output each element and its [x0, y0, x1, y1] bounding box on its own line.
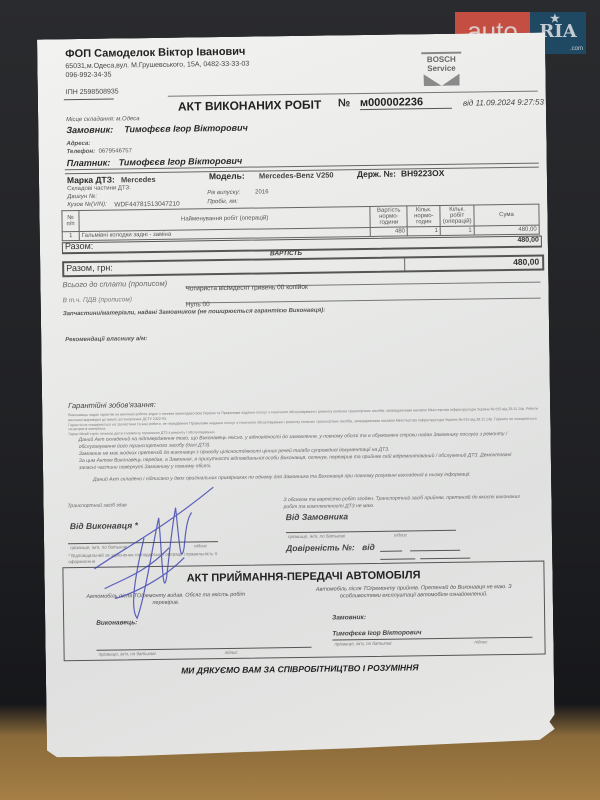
executor-signature: [83, 477, 225, 629]
act-date: від 11.09.2024 9:27:53: [463, 98, 544, 108]
recommendations-label: Рекомендації власнику а/м:: [65, 336, 147, 343]
place-of-issue: Місце складання: м.Одеса: [66, 116, 140, 123]
col-hours: Кільк. нормо-годин: [407, 205, 440, 226]
parts-by-customer: Запчастини/матеріали, надані Замовником …: [63, 308, 326, 318]
company-address: 65031,м.Одеса,вул. М.Грушевського, 15А, …: [65, 61, 249, 71]
handover-customer-sign-caption: підпис: [474, 639, 487, 644]
company-name: ФОП Самоделок Віктор Іванович: [65, 46, 245, 61]
poa-field-4: [420, 558, 470, 560]
logo-line2: Service: [421, 64, 461, 74]
handover-executor-sign-caption: підпис: [225, 650, 238, 655]
customer-name-caption: прізвище, ім'я, по батькові: [288, 533, 345, 539]
in-words-label: Всього до сплати (прописом): [62, 279, 167, 289]
handover-customer-name: Тимофєєв Ігор Вікторович: [332, 629, 421, 637]
row-qty: 1: [440, 226, 474, 235]
col-qty: Кільк. робіт (операцій): [440, 205, 474, 226]
handover-executor-name-caption: прізвище, ім'я, по батькові: [99, 651, 156, 657]
act-number: м000002236: [360, 96, 452, 110]
warranty-title: Гарантійні зобов'язання:: [68, 400, 156, 410]
customer-sign-caption: підпис: [394, 532, 407, 537]
bosch-service-logo: BOSCH Service: [421, 52, 461, 87]
engine-label: Двигун №:: [67, 194, 97, 200]
title-rule: [168, 91, 538, 97]
col-number: № п/п: [62, 211, 79, 232]
thanks-footer: МИ ДЯКУЄМО ВАМ ЗА СПІВРОБІТНИЦТВО І РОЗУ…: [46, 660, 554, 677]
works-total-value: 480,00: [517, 237, 539, 244]
parts-label: Складові частини ДТЗ:: [67, 185, 131, 192]
handover-executor-line: [97, 647, 312, 651]
watermark-com: .com: [570, 46, 583, 52]
row-hours: 1: [407, 226, 440, 235]
customer-phone: 0679546757: [99, 148, 132, 154]
model-label: Модель:: [209, 171, 245, 181]
poa-field-1: [380, 551, 402, 552]
vat-label: В т.ч. ПДВ (прописом): [63, 296, 132, 304]
col-sum: Сума: [474, 204, 539, 226]
year-label: Рік випуску:: [207, 190, 240, 196]
clauses: Даний Акт складений на підтвердження тог…: [79, 431, 520, 484]
payer-label: Платник:: [67, 158, 111, 169]
handover-customer-line: [332, 637, 532, 641]
customer-sign-line: [286, 530, 456, 533]
customer-label: Замовник:: [66, 125, 113, 136]
act-number-label: №: [338, 97, 350, 109]
cost-divider: [404, 258, 405, 270]
payer-name: Тимофєєв Ігор Вікторович: [119, 156, 243, 168]
handover-customer-label: Замовник:: [332, 614, 366, 621]
cost-section-label: ВАРТІСТЬ: [270, 250, 302, 257]
phone-label: Телефон:: [67, 149, 96, 155]
divider: [64, 99, 114, 101]
row-number: 1: [62, 232, 79, 241]
cost-total-value: 480,00: [513, 257, 539, 267]
plate-label: Держ. №:: [357, 169, 396, 180]
make-label: Марка ДТЗ:: [67, 175, 115, 186]
make-value: Mercedes: [121, 175, 156, 184]
from-customer-label: Від Замовника: [286, 511, 349, 522]
poa-field-3: [380, 558, 415, 559]
star-icon: ★: [550, 13, 560, 25]
works-total-label: Разом:: [65, 241, 93, 251]
handover-customer-name-caption: прізвище, ім'я, по батькові: [334, 641, 391, 647]
row-rate: 480: [370, 227, 407, 237]
company-phone: 096-992-34-35: [65, 72, 111, 80]
mileage-label: Пробіг, км:: [207, 199, 238, 205]
vin-value: WDF44781513047210: [114, 201, 180, 209]
row-sum: 480,00: [474, 225, 539, 235]
poa-label: Довіреність №:: [286, 542, 355, 553]
document-sheet: ФОП Самоделок Віктор Іванович 65031,м.Од…: [37, 32, 555, 757]
body-vin-label: Кузов №(VIN):: [67, 202, 107, 209]
act-title: АКТ ВИКОНАНИХ РОБІТ: [178, 98, 322, 114]
logo-emblem-icon: [424, 74, 460, 87]
model-value: Mercedes-Benz V250: [259, 170, 334, 180]
customer-agreement: З обсягом та вартістю робіт згоден. Тран…: [283, 494, 523, 511]
handover-right-text: Автомобіль після ТО/ремонту прийняв. Пре…: [314, 584, 514, 601]
poa-from-label: від: [362, 542, 375, 552]
cost-total-label: Разом, грн:: [66, 263, 113, 274]
poa-field-2: [410, 550, 460, 552]
vat-value: Нуль 00: [186, 301, 210, 308]
in-words-field: Чотириста вісімдесят гривень 00 копійок: [185, 273, 540, 288]
col-rate: Вартість нормо-години: [370, 206, 407, 228]
customer-name: Тимофєєв Ігор Вікторович: [124, 123, 248, 135]
plate-value: BH9223OX: [401, 168, 445, 179]
year-value: 2016: [255, 189, 268, 195]
company-ipn: ІПН 2598508935: [66, 88, 119, 96]
address-label: Адреса:: [66, 141, 90, 147]
